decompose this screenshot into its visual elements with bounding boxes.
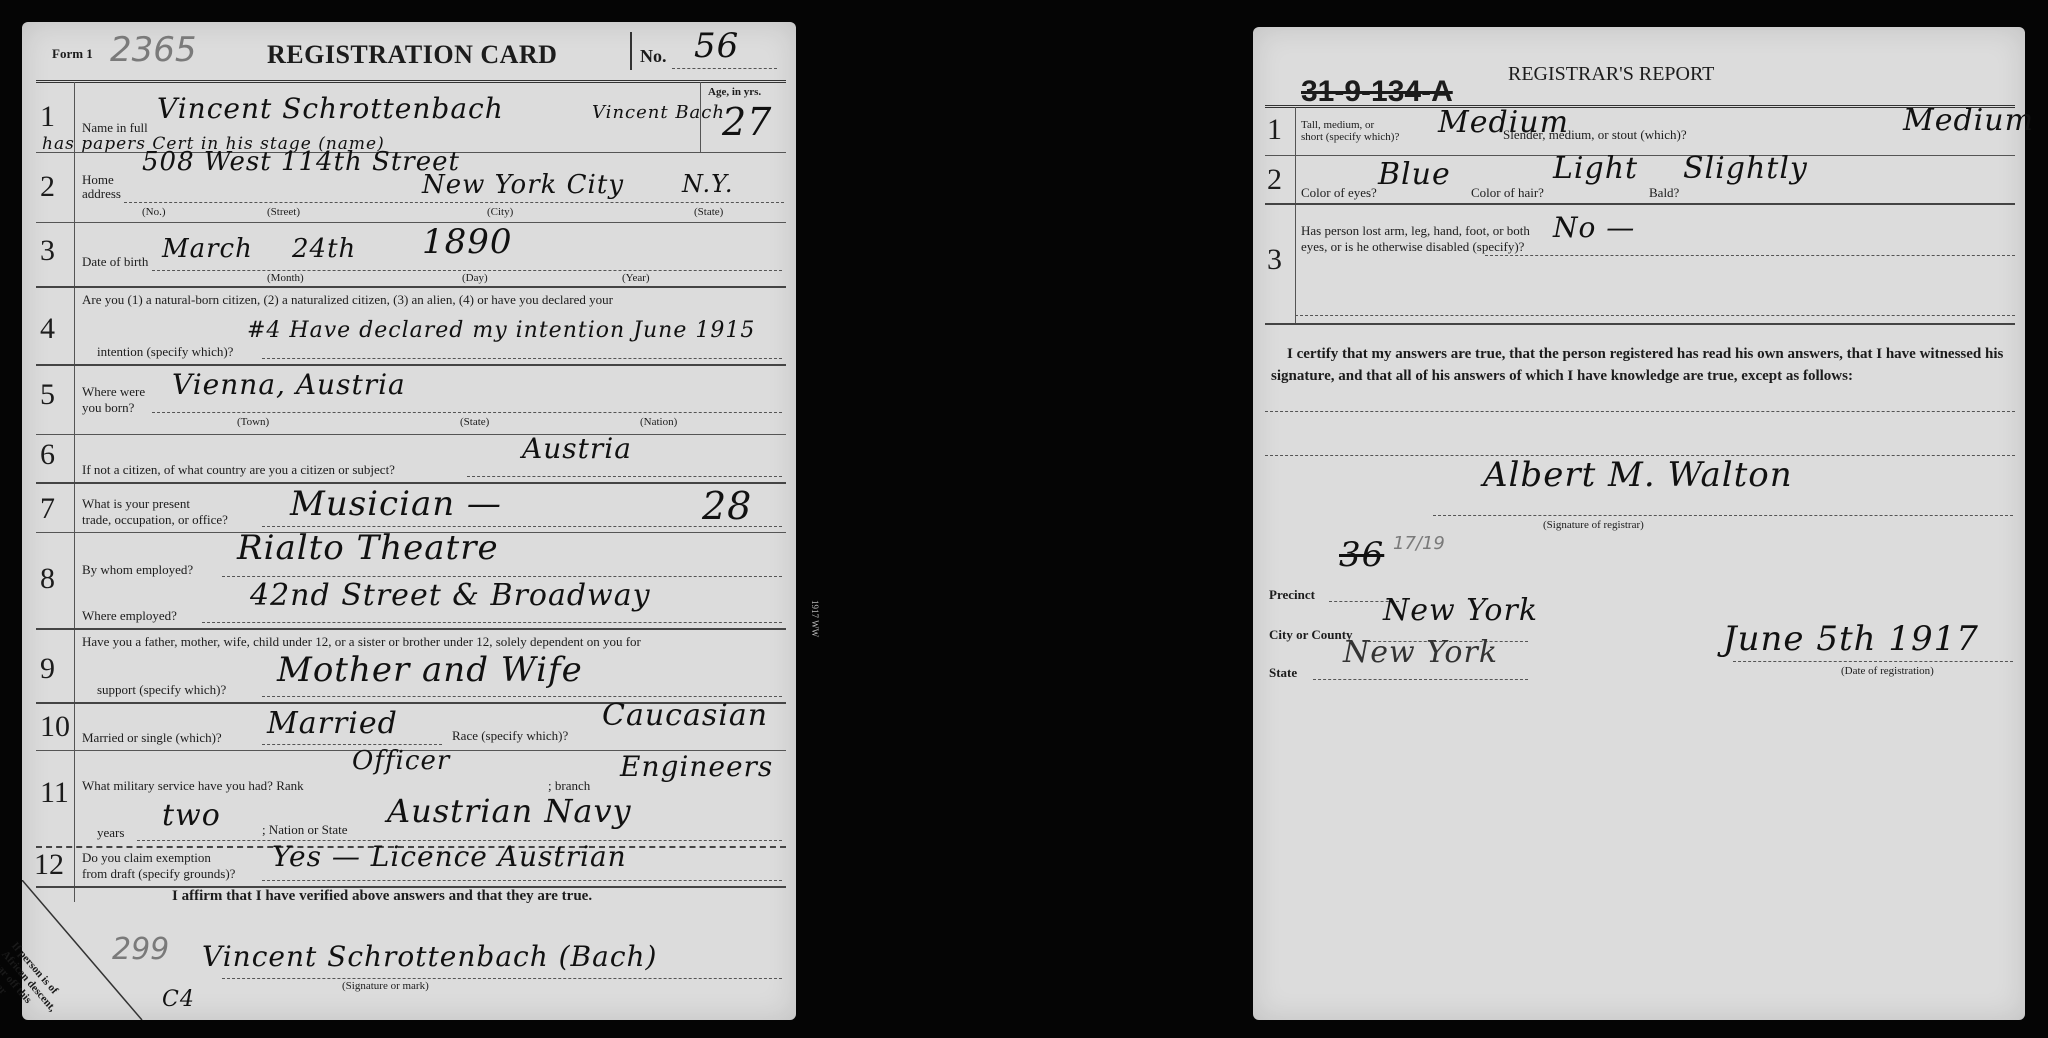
signature-caption: (Signature or mark)	[342, 980, 429, 992]
row-rule	[36, 364, 786, 366]
certify-text: I certify that my answers are true, that…	[1271, 343, 2006, 387]
dob-year: 1890	[422, 222, 513, 262]
row-rule	[36, 434, 786, 435]
dob-month: March	[162, 234, 253, 264]
row-number: 12	[34, 848, 64, 882]
row-number: 11	[40, 776, 69, 810]
sub-label: (State)	[460, 416, 489, 428]
report-title: REGISTRAR'S REPORT	[1508, 63, 1714, 86]
state-line	[1313, 679, 1528, 680]
citizenship-value: #4 Have declared my intention June 1915	[247, 318, 755, 343]
disability-value: No —	[1553, 211, 1635, 244]
sub-label: (Town)	[237, 416, 269, 428]
employer-label: By whom employed?	[82, 562, 193, 578]
height-label: Tall, medium, or	[1301, 119, 1374, 131]
row-number: 8	[40, 562, 55, 596]
affirm-text: I affirm that I have verified above answ…	[172, 888, 592, 905]
eye-color-label: Color of eyes?	[1301, 185, 1377, 201]
row-number: 2	[40, 170, 55, 204]
exceptions-line-1	[1265, 411, 2015, 412]
nation-label: ; Nation or State	[262, 822, 348, 838]
row-number: 2	[1267, 163, 1282, 197]
disability-line	[1485, 255, 2015, 256]
bald-value: Slightly	[1683, 151, 1808, 186]
no-value: 56	[694, 26, 739, 66]
row-number: 9	[40, 652, 55, 686]
state-label: State	[1269, 665, 1297, 681]
workplace-value: 42nd Street & Broadway	[250, 578, 651, 613]
address-state: N.Y.	[682, 170, 733, 198]
military-rank: Officer	[352, 746, 450, 776]
marital-label: Married or single (which)?	[82, 730, 222, 746]
row-number: 3	[40, 234, 55, 268]
occupation-note: 28	[702, 484, 752, 528]
pencil-code: C4	[162, 987, 195, 1012]
row-number: 10	[40, 710, 70, 744]
row-number: 5	[40, 378, 55, 412]
occupation-label-2: trade, occupation, or office?	[82, 512, 228, 528]
disability-line-2	[1295, 315, 2015, 316]
address-street: 508 West 114th Street	[142, 147, 460, 177]
row-rule	[36, 628, 786, 630]
city-value: New York	[1383, 593, 1538, 628]
citizenship-label: intention (specify which)?	[97, 344, 233, 360]
occupation-line	[262, 526, 782, 527]
birthplace-line	[152, 412, 782, 413]
header-rule	[36, 80, 786, 83]
disability-label-2: eyes, or is he otherwise disabled (speci…	[1301, 239, 1524, 255]
name-value: Vincent Schrottenbach	[157, 92, 504, 125]
divider	[630, 32, 632, 70]
card-title: REGISTRATION CARD	[267, 40, 557, 70]
birthplace-label: Where were	[82, 384, 145, 400]
signature-line	[222, 978, 782, 979]
row-rule	[1265, 155, 2015, 156]
exemption-label: Do you claim exemption	[82, 850, 211, 866]
employer-value: Rialto Theatre	[237, 528, 499, 568]
citizenship-question: Are you (1) a natural-born citizen, (2) …	[82, 292, 613, 308]
dependents-question: Have you a father, mother, wife, child u…	[82, 634, 641, 650]
stamp-number: 31-9-134-A	[1301, 75, 1453, 109]
build-value: Medium	[1903, 103, 2034, 138]
row-number: 1	[1267, 113, 1282, 147]
row-rule	[1265, 323, 2015, 325]
military-nation: Austrian Navy	[387, 792, 632, 830]
years-label: years	[97, 825, 124, 841]
occupation-value: Musician —	[290, 484, 502, 524]
height-label-2: short (specify which)?	[1301, 131, 1399, 143]
sub-label: (No.)	[142, 206, 166, 218]
address-label: address	[82, 186, 121, 202]
occupation-label: What is your present	[82, 496, 190, 512]
hair-color-label: Color of hair?	[1471, 185, 1544, 201]
citizenship-line	[262, 358, 782, 359]
dob-line	[152, 270, 782, 271]
birthplace-label-2: you born?	[82, 400, 134, 416]
name-alias: Vincent Bach	[592, 102, 725, 123]
dependents-label: support (specify which)?	[97, 682, 226, 698]
precinct-note: 17/19	[1393, 533, 1445, 554]
sub-label: (Street)	[267, 206, 300, 218]
film-strip-label: 1917 WW	[810, 600, 820, 637]
row-number: 6	[40, 438, 55, 472]
precinct-value: 36	[1339, 535, 1384, 575]
registrant-signature: Vincent Schrottenbach (Bach)	[202, 940, 657, 973]
race-value: Caucasian	[602, 698, 768, 733]
build-label: Slender, medium, or stout (which)?	[1503, 127, 1687, 143]
sub-label: (Month)	[267, 272, 304, 284]
military-years: two	[162, 798, 221, 833]
sub-label: (City)	[487, 206, 513, 218]
registrar-caption: (Signature of registrar)	[1543, 519, 1644, 531]
row-number: 1	[40, 100, 55, 134]
row-number: 3	[1267, 243, 1282, 277]
state-value: New York	[1343, 635, 1498, 670]
form-label: Form 1	[52, 46, 93, 62]
sub-label: (Year)	[622, 272, 650, 284]
disability-label: Has person lost arm, leg, hand, foot, or…	[1301, 223, 1530, 239]
no-line	[672, 68, 777, 69]
employer-line	[222, 576, 782, 577]
registration-date: June 5th 1917	[1723, 619, 1979, 659]
row-rule	[36, 222, 786, 223]
eye-color-value: Blue	[1378, 157, 1451, 192]
dob-label: Date of birth	[82, 254, 148, 270]
exemption-value: Yes — Licence Austrian	[272, 840, 627, 873]
registrar-signature-line	[1433, 515, 2013, 516]
age-divider	[700, 82, 701, 152]
row-rule	[1265, 203, 2015, 205]
sub-label: (Nation)	[640, 416, 677, 428]
registration-card: Form 1 2365 REGISTRATION CARD No. 56 1 N…	[22, 22, 796, 1020]
marital-value: Married	[267, 706, 398, 741]
dob-day: 24th	[292, 234, 356, 264]
hair-color-value: Light	[1553, 151, 1638, 186]
race-label: Race (specify which)?	[452, 728, 568, 744]
registrars-report-card: 31-9-134-A REGISTRAR'S REPORT 1 Tall, me…	[1253, 27, 2025, 1020]
precinct-label: Precinct	[1269, 587, 1315, 603]
address-city: New York City	[422, 170, 624, 200]
registrar-signature: Albert M. Walton	[1483, 455, 1793, 495]
workplace-label: Where employed?	[82, 608, 177, 624]
age-label: Age, in yrs.	[708, 86, 761, 98]
workplace-line	[202, 622, 782, 623]
dependents-line	[262, 696, 782, 697]
dependents-value: Mother and Wife	[277, 650, 583, 690]
row-number: 7	[40, 492, 55, 526]
row-rule	[36, 286, 786, 288]
nationality-line	[467, 476, 782, 477]
form-number: 2365	[110, 30, 197, 70]
date-line	[1733, 661, 2013, 662]
number-column-line	[74, 82, 75, 902]
bald-label: Bald?	[1649, 185, 1679, 201]
row-number: 4	[40, 312, 55, 346]
date-caption: (Date of registration)	[1841, 665, 1934, 677]
military-label: What military service have you had? Rank	[82, 778, 304, 794]
exemption-line	[262, 880, 782, 881]
city-label: City or County	[1269, 627, 1353, 643]
sub-label: (State)	[694, 206, 723, 218]
number-column-line	[1295, 107, 1296, 323]
military-branch: Engineers	[620, 750, 773, 783]
birthplace-value: Vienna, Austria	[172, 368, 406, 401]
nationality-value: Austria	[522, 432, 632, 465]
marital-line	[262, 744, 442, 745]
address-line	[124, 202, 784, 203]
no-label: No.	[640, 46, 667, 67]
age-value: 27	[722, 100, 772, 144]
sub-label: (Day)	[462, 272, 488, 284]
nationality-label: If not a citizen, of what country are yo…	[82, 462, 395, 478]
